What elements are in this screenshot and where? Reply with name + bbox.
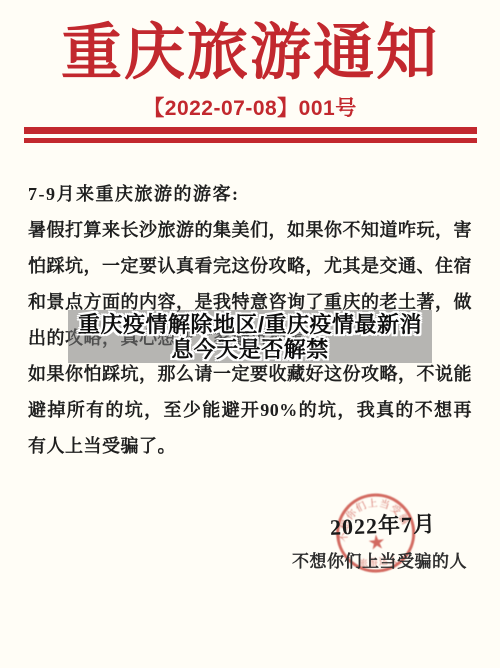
notice-page: 重庆旅游通知 【2022-07-08】001号 7-9月来重庆旅游的游客: 暑假… — [0, 0, 500, 668]
body-line: 怕踩坑，一定要认真看完这份攻略，尤其是交通、住宿 — [28, 248, 472, 284]
body-line: 暑假打算来长沙旅游的集美们，如果你不知道咋玩，害 — [28, 212, 472, 248]
body-line: 避掉所有的坑，至少能避开90%的坑，我真的不想再 — [28, 392, 472, 428]
body-line: 有人上当受骗了。 — [28, 428, 472, 464]
salutation-line: 7-9月来重庆旅游的游客: — [28, 176, 472, 212]
stamp-date-text: 2022年7月 — [330, 510, 437, 542]
stamp-caption-text: 不想你们上当受骗的人 — [292, 551, 467, 573]
watermark-text-line: 息今天是否解禁 — [68, 337, 432, 362]
divider-rule-top — [24, 127, 477, 134]
watermark-text-line: 重庆疫情解除地区/重庆疫情最新消 — [68, 312, 432, 337]
watermark-banner: 重庆疫情解除地区/重庆疫情最新消 息今天是否解禁 — [68, 310, 432, 363]
divider-rule-bottom — [24, 138, 477, 143]
page-title: 重庆旅游通知 — [0, 14, 500, 94]
issue-number: 【2022-07-08】001号 — [0, 96, 500, 122]
